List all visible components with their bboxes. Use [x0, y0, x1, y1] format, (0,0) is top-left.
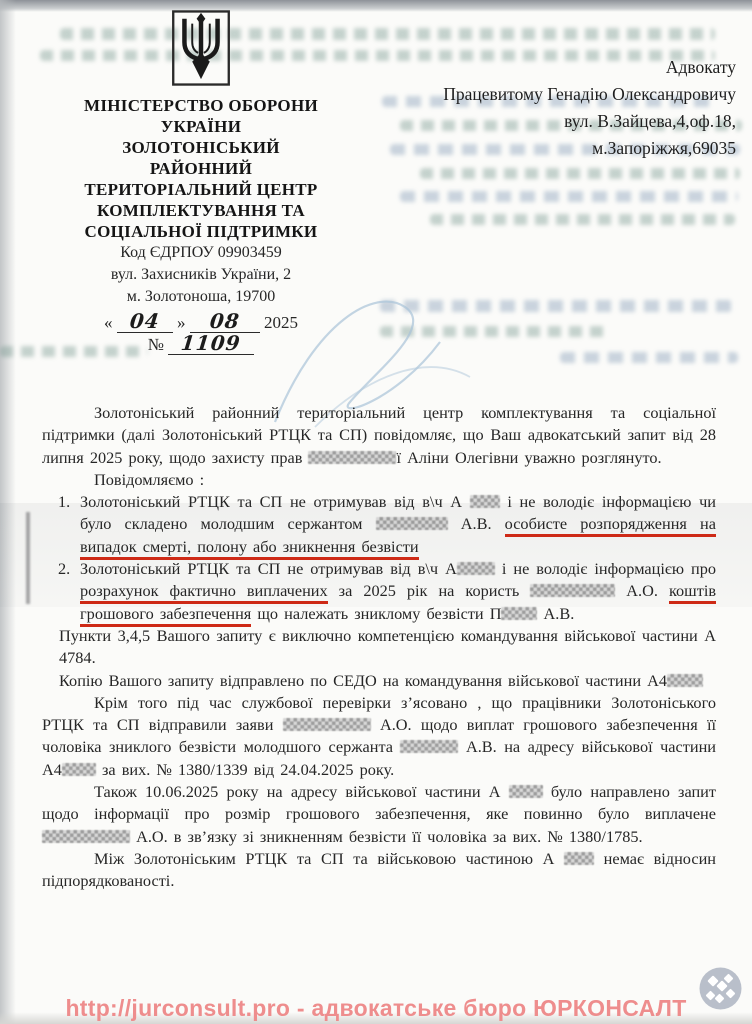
letterhead: МІНІСТЕРСТВО ОБОРОНИУКРАЇНИЗОЛОТОНІСЬКИЙ…	[36, 10, 366, 355]
text-line: ТЕРИТОРІАЛЬНИЙ ЦЕНТР	[36, 179, 366, 200]
paragraph-no-subordination: Між Золотоніським РТЦК та СП та військов…	[42, 848, 716, 893]
list-item-1: 1. Золотоніський РТЦК та СП не отримував…	[80, 491, 716, 558]
redacted-text	[376, 517, 448, 530]
bleed-through-line	[430, 214, 735, 225]
date-day-handwritten: 04	[129, 312, 161, 330]
redacted-text	[530, 584, 615, 597]
text-line: МІНІСТЕРСТВО ОБОРОНИ	[36, 95, 366, 116]
redacted-text	[62, 763, 96, 776]
redacted-text	[509, 785, 543, 798]
redacted-text	[470, 495, 500, 508]
text-line: УКРАЇНИ	[36, 116, 366, 137]
redacted-text	[667, 674, 703, 687]
paragraph-intro: Золотоніський районний територіальний це…	[42, 402, 716, 469]
redacted-text	[308, 451, 396, 464]
organization-name: МІНІСТЕРСТВО ОБОРОНИУКРАЇНИЗОЛОТОНІСЬКИЙ…	[36, 95, 366, 242]
text-line: Працевитому Генадію Олександровичу	[443, 81, 736, 108]
paragraph-inspection: Крім того під час службової перевірки з’…	[42, 692, 716, 781]
scan-smudge	[26, 512, 30, 604]
redacted-text	[400, 740, 458, 753]
list-item-text: Золотоніський РТЦК та СП не отримував ві…	[80, 491, 716, 558]
addressee-block: АдвокатуПрацевитому Генадію Олександрови…	[443, 54, 736, 162]
redacted-text	[457, 562, 495, 575]
date-month-handwritten: 08	[209, 312, 241, 330]
date-year: 2025	[264, 313, 298, 332]
redacted-text	[501, 607, 537, 620]
redacted-text	[283, 718, 371, 731]
text-line: Адвокату	[443, 54, 736, 81]
document-date: « 04 » 08 2025	[36, 312, 366, 333]
redacted-text	[42, 830, 130, 843]
scanned-letter-page: МІНІСТЕРСТВО ОБОРОНИУКРАЇНИЗОЛОТОНІСЬКИЙ…	[0, 0, 752, 1024]
list-number: 2.	[58, 558, 70, 580]
organization-details: Код ЄДРПОУ 09903459вул. Захисників Украї…	[36, 242, 366, 308]
bleed-through-line	[400, 191, 738, 202]
document-number-handwritten: 1109	[180, 334, 242, 352]
list-item-2: 2. Золотоніський РТЦК та СП не отримував…	[80, 558, 716, 625]
text-line: КОМПЛЕКТУВАННЯ ТА	[36, 200, 366, 221]
watermark-url: http://jurconsult.pro - адвокатське бюро…	[0, 995, 752, 1022]
text-line: вул. Захисників України, 2	[36, 264, 366, 286]
quote-open: «	[104, 313, 113, 332]
list-number: 1.	[58, 491, 70, 513]
paragraph-request-sent: Також 10.06.2025 року на адресу військов…	[42, 781, 716, 848]
text-line: ЗОЛОТОНІСЬКИЙ	[36, 137, 366, 158]
text-line: вул. В.Зайцева,4,оф.18,	[443, 108, 736, 135]
paragraph-announce: Повідомляємо :	[42, 469, 716, 491]
bleed-through-line	[380, 326, 610, 337]
text-line: РАЙОННИЙ	[36, 158, 366, 179]
snowflake-widget-icon[interactable]	[697, 965, 744, 1012]
list-item-text: Золотоніський РТЦК та СП не отримував ві…	[80, 558, 716, 625]
red-underlined-text: розрахунок фактично виплачених	[80, 581, 328, 604]
ukraine-trident-emblem-icon	[171, 10, 231, 86]
document-number-line: № 1109	[36, 334, 366, 355]
text-line: СОЦІАЛЬНОЇ ПІДТРИМКИ	[36, 221, 366, 242]
redacted-text	[564, 852, 594, 865]
number-label: №	[148, 335, 164, 354]
text-line: Код ЄДРПОУ 09903459	[36, 242, 366, 264]
letter-body: Золотоніський районний територіальний це…	[42, 402, 716, 893]
text-line: м.Запоріжжя,69035	[443, 135, 736, 162]
bleed-through-line	[560, 352, 738, 363]
bleed-through-line	[420, 168, 740, 179]
text-line: м. Золотоноша, 19700	[36, 286, 366, 308]
paragraph-copy-sent: Копію Вашого запиту відправлено по СЕДО …	[59, 670, 716, 692]
bleed-through-line	[380, 300, 732, 312]
quote-close: »	[177, 313, 186, 332]
paragraph-items345: Пункти 3,4,5 Вашого запиту є виключно ко…	[59, 625, 716, 670]
